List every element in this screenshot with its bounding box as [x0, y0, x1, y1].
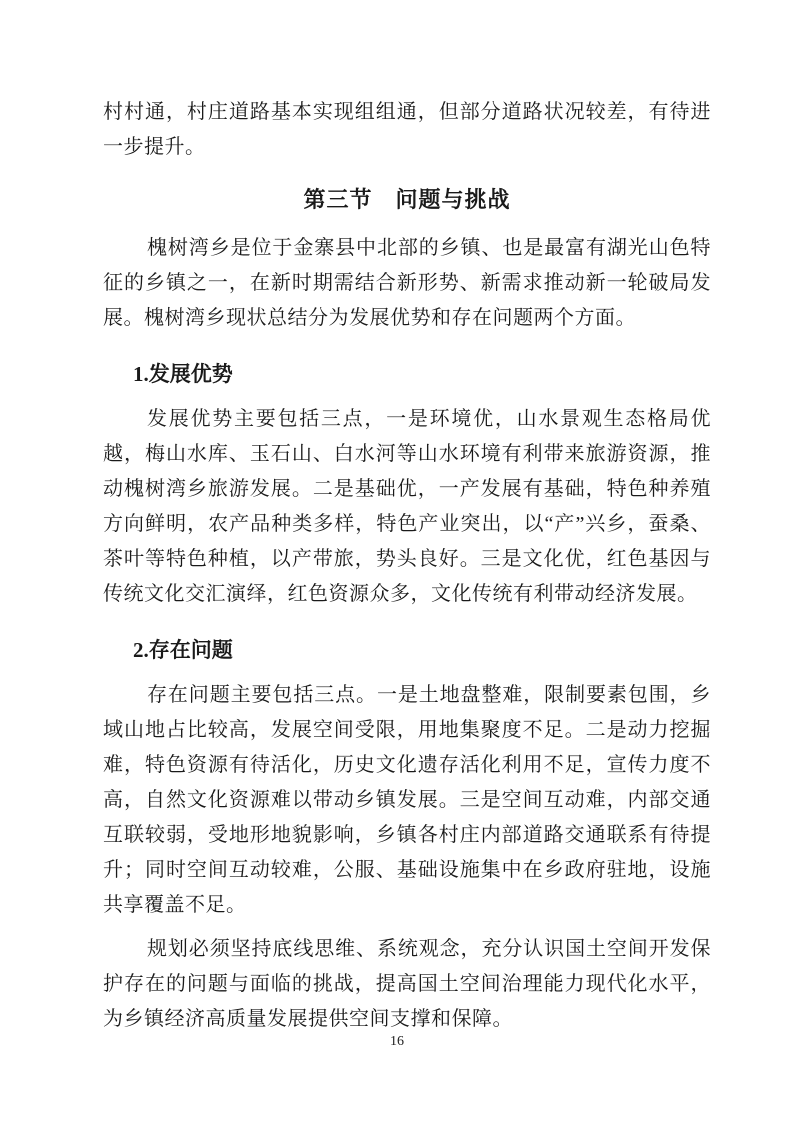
- subsection-1-heading: 1.发展优势: [133, 360, 711, 388]
- paragraph-closing: 规划必须坚持底线思维、系统观念，充分认识国土空间开发保护存在的问题与面临的挑战，…: [103, 932, 711, 1037]
- section-heading: 第三节 问题与挑战: [103, 186, 711, 214]
- paragraph-development-advantages: 发展优势主要包括三点，一是环境优，山水景观生态格局优越，梅山水库、玉石山、白水河…: [103, 402, 711, 612]
- page-content: 村村通，村庄道路基本实现组组通，但部分道路状况较差，有待进一步提升。 第三节 问…: [103, 95, 711, 1046]
- paragraph-existing-problems: 存在问题主要包括三点。一是土地盘整难，限制要素包围，乡域山地占比较高，发展空间受…: [103, 678, 711, 923]
- document-page: 村村通，村庄道路基本实现组组通，但部分道路状况较差，有待进一步提升。 第三节 问…: [0, 0, 794, 1122]
- paragraph-section-intro: 槐树湾乡是位于金寨县中北部的乡镇、也是最富有湖光山色特征的乡镇之一，在新时期需结…: [103, 231, 711, 336]
- paragraph-continuation: 村村通，村庄道路基本实现组组通，但部分道路状况较差，有待进一步提升。: [103, 95, 711, 165]
- subsection-2-heading: 2.存在问题: [133, 636, 711, 664]
- page-number: 16: [0, 1032, 794, 1052]
